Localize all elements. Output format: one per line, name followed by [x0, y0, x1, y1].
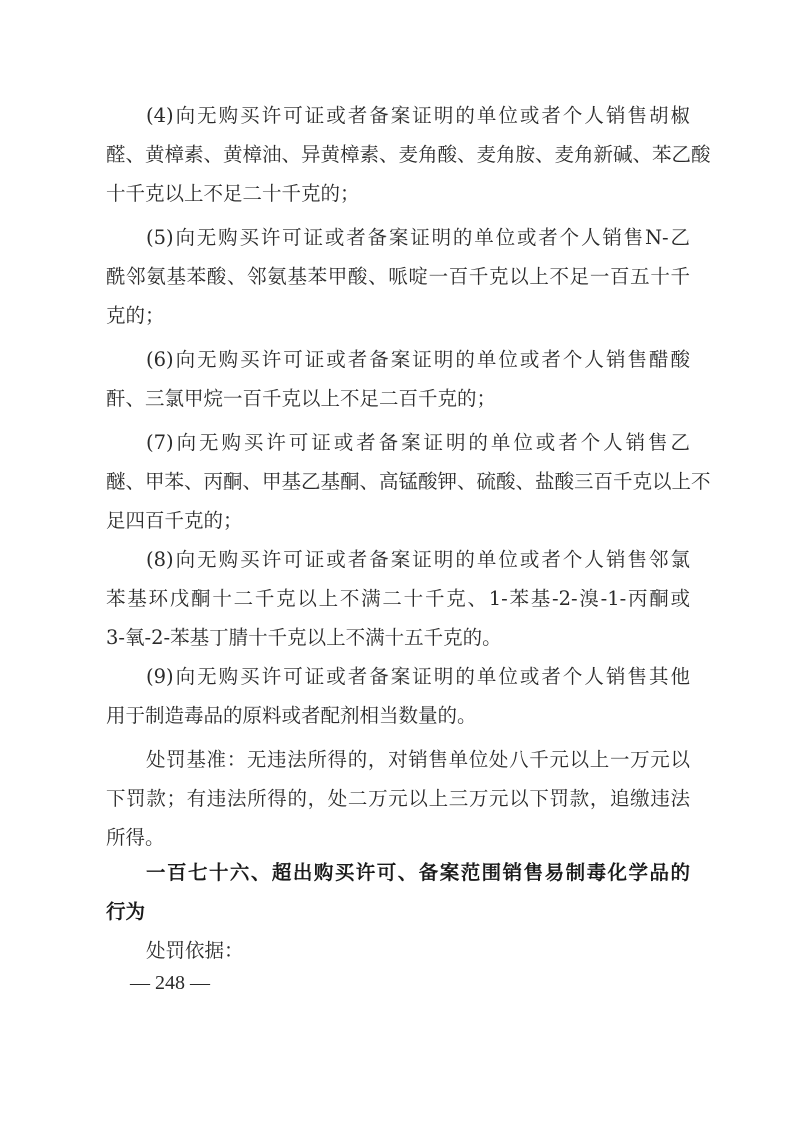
text-line: 处罚基准：无违法所得的，对销售单位处八千元以上一万元以 [146, 748, 690, 772]
section-heading-line-2: 行为 [106, 900, 690, 924]
text-line: (8)向无购买许可证或者备案证明的单位或者个人销售邻氯 [146, 548, 690, 572]
document-page: (4)向无购买许可证或者备案证明的单位或者个人销售胡椒醛、黄樟素、黄樟油、异黄樟… [0, 0, 793, 1122]
text-line: (6)向无购买许可证或者备案证明的单位或者个人销售醋酸 [146, 348, 690, 372]
text-line: 3-氧-2-苯基丁腈十千克以上不满十五千克的。 [106, 626, 690, 650]
text-line: (5)向无购买许可证或者备案证明的单位或者个人销售N-乙 [146, 226, 690, 250]
text-line: 克的； [106, 304, 690, 328]
text-line: 酰邻氨基苯酸、邻氨基苯甲酸、哌啶一百千克以上不足一百五十千 [106, 265, 690, 289]
page-number: — 248 — [130, 972, 210, 995]
text-line: 醛、黄樟素、黄樟油、异黄樟素、麦角酸、麦角胺、麦角新碱、苯乙酸 [106, 143, 690, 167]
text-line: 苯基环戊酮十二千克以上不满二十千克、1-苯基-2-溴-1-丙酮或 [106, 587, 690, 611]
text-line: 下罚款；有违法所得的，处二万元以上三万元以下罚款，追缴违法 [106, 787, 690, 811]
text-line: 足四百千克的； [106, 509, 690, 533]
text-line: 用于制造毒品的原料或者配剂相当数量的。 [106, 704, 690, 728]
text-line: 十千克以上不足二十千克的； [106, 182, 690, 206]
text-line: (7)向无购买许可证或者备案证明的单位或者个人销售乙 [146, 431, 690, 455]
text-line: (9)向无购买许可证或者备案证明的单位或者个人销售其他 [146, 665, 690, 689]
text-line: 酐、三氯甲烷一百千克以上不足二百千克的； [106, 387, 690, 411]
penalty-basis-label: 处罚依据： [146, 939, 690, 963]
text-line: 所得。 [106, 826, 690, 850]
text-line: 醚、甲苯、丙酮、甲基乙基酮、高锰酸钾、硫酸、盐酸三百千克以上不 [106, 470, 690, 494]
section-heading-line-1: 一百七十六、超出购买许可、备案范围销售易制毒化学品的 [146, 861, 690, 885]
text-line: (4)向无购买许可证或者备案证明的单位或者个人销售胡椒 [146, 104, 690, 128]
